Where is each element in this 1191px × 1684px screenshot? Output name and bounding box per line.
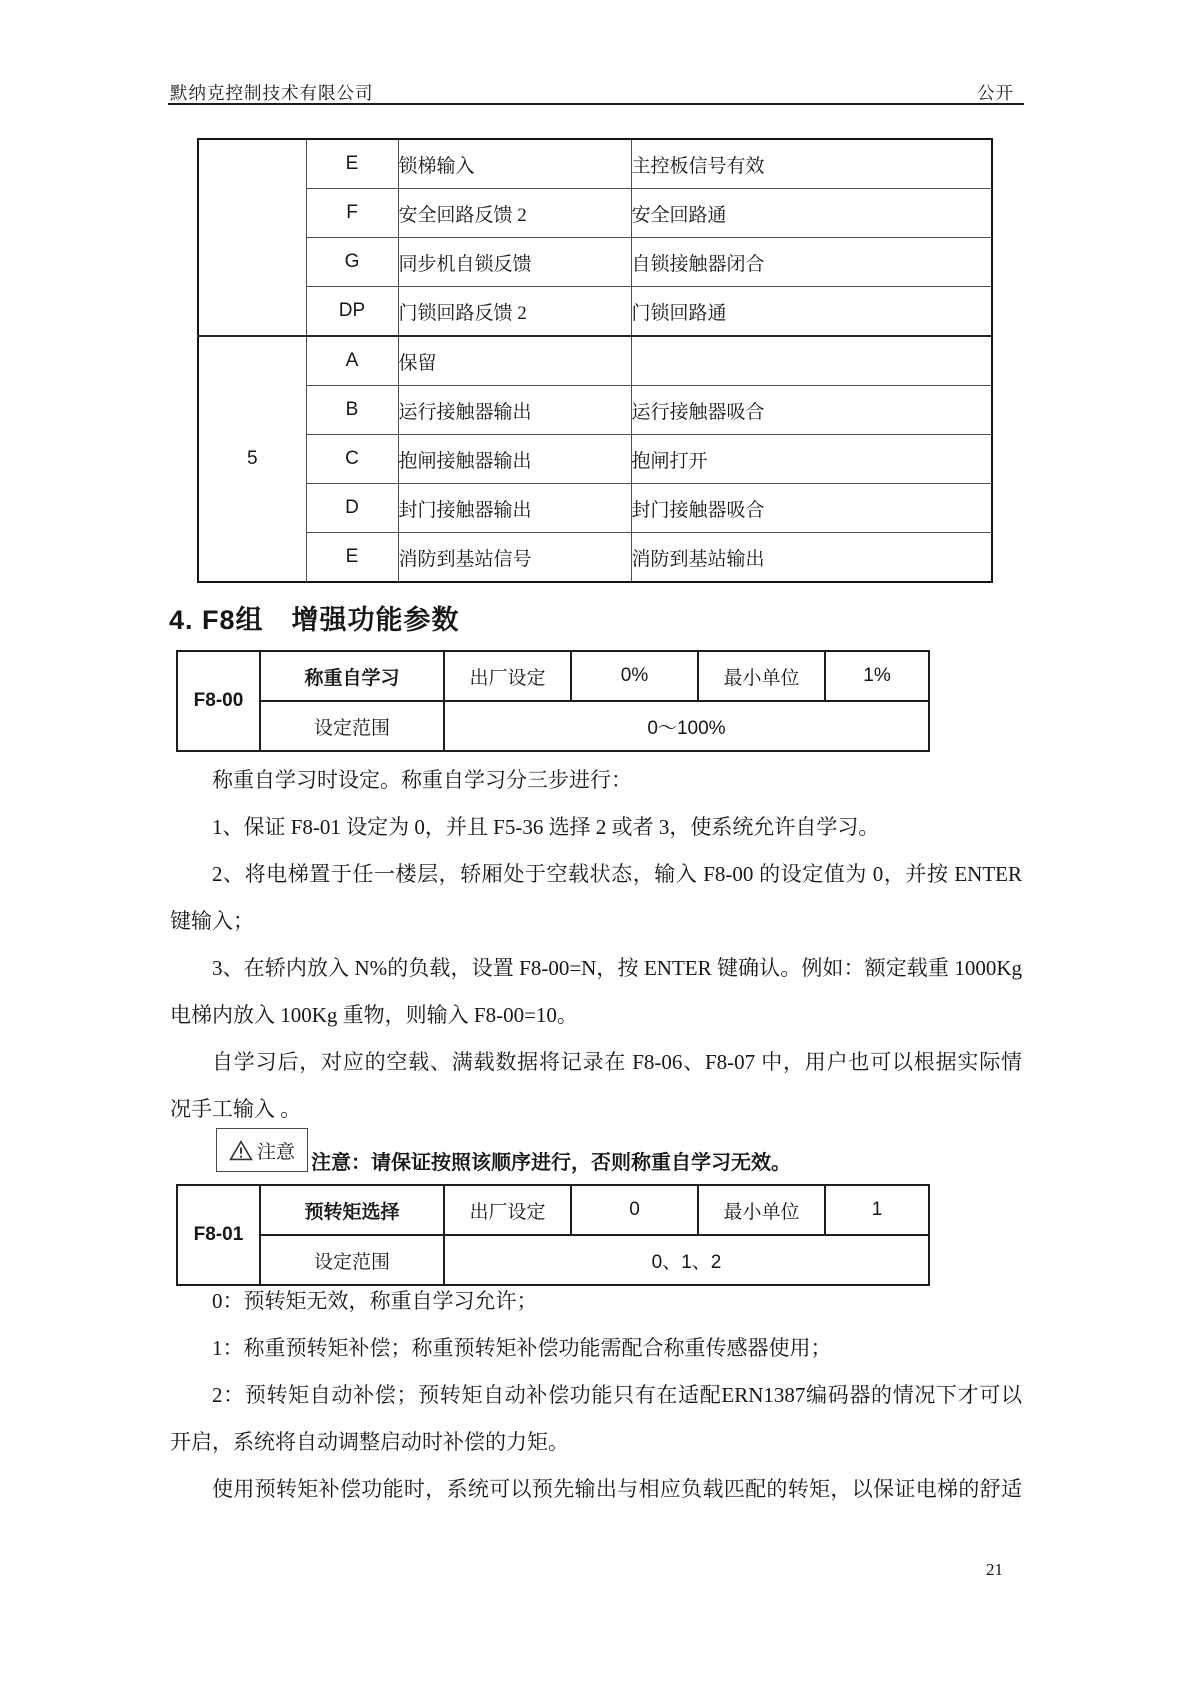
param-table-f8-00: F8-00 称重自学习 出厂设定 0% 最小单位 1% 设定范围 0～100%: [176, 650, 930, 752]
header-visibility-label: 公开: [977, 80, 1014, 105]
name-cell: 锁梯输入: [398, 139, 631, 189]
page-number: 21: [986, 1560, 1003, 1580]
body-line: 2：预转矩自动补偿；预转矩自动补偿功能只有在适配ERN1387编码器的情况下才可…: [170, 1372, 1022, 1419]
desc-cell: 安全回路通: [631, 189, 992, 238]
name-cell: 抱闸接触器输出: [398, 435, 631, 484]
table-row: F8-00 称重自学习 出厂设定 0% 最小单位 1%: [177, 651, 929, 701]
factory-label-cell: 出厂设定: [444, 651, 571, 701]
param-name-cell: 称重自学习: [260, 651, 444, 701]
code-cell: E: [306, 139, 398, 189]
table-row: C 抱闸接触器输出 抱闸打开: [198, 435, 992, 484]
code-cell: DP: [306, 287, 398, 337]
name-cell: 安全回路反馈 2: [398, 189, 631, 238]
desc-cell: 门锁回路通: [631, 287, 992, 337]
code-cell: E: [306, 533, 398, 583]
table-row: 5 A 保留: [198, 336, 992, 386]
name-cell: 门锁回路反馈 2: [398, 287, 631, 337]
body-line: 自学习后，对应的空载、满载数据将记录在 F8-06、F8-07 中，用户也可以根…: [170, 1039, 1022, 1086]
table-row: DP 门锁回路反馈 2 门锁回路通: [198, 287, 992, 337]
f8-01-description: 0：预转矩无效，称重自学习允许； 1：称重预转矩补偿；称重预转矩补偿功能需配合称…: [170, 1278, 1022, 1513]
name-cell: 封门接触器输出: [398, 484, 631, 533]
desc-cell: 运行接触器吸合: [631, 386, 992, 435]
document-page: 默纳克控制技术有限公司 公开 E 锁梯输入 主控板信号有效 F 安全回路反馈 2…: [0, 0, 1191, 1684]
code-cell: D: [306, 484, 398, 533]
desc-cell: 主控板信号有效: [631, 139, 992, 189]
table-row: B 运行接触器输出 运行接触器吸合: [198, 386, 992, 435]
range-label-cell: 设定范围: [260, 701, 444, 751]
code-cell: C: [306, 435, 398, 484]
unit-value-cell: 1: [825, 1185, 929, 1235]
desc-cell: 消防到基站输出: [631, 533, 992, 583]
table-row: D 封门接触器输出 封门接触器吸合: [198, 484, 992, 533]
unit-label-cell: 最小单位: [698, 651, 825, 701]
body-line: 开启，系统将自动调整启动时补偿的力矩。: [170, 1419, 1022, 1466]
header-rule: [168, 103, 1024, 105]
name-cell: 同步机自锁反馈: [398, 238, 631, 287]
notice-box-label: 注意: [257, 1137, 295, 1164]
factory-label-cell: 出厂设定: [444, 1185, 571, 1235]
param-code-cell: F8-00: [177, 651, 260, 751]
code-cell: A: [306, 336, 398, 386]
table-row: E 消防到基站信号 消防到基站输出: [198, 533, 992, 583]
code-cell: F: [306, 189, 398, 238]
param-table-f8-01: F8-01 预转矩选择 出厂设定 0 最小单位 1 设定范围 0、1、2: [176, 1184, 930, 1286]
section-heading: 4. F8组 增强功能参数: [169, 598, 460, 637]
desc-cell: 抱闸打开: [631, 435, 992, 484]
param-name-cell: 预转矩选择: [260, 1185, 444, 1235]
desc-cell: 自锁接触器闭合: [631, 238, 992, 287]
unit-value-cell: 1%: [825, 651, 929, 701]
name-cell: 消防到基站信号: [398, 533, 631, 583]
f8-00-description: 称重自学习时设定。称重自学习分三步进行： 1、保证 F8-01 设定为 0，并且…: [170, 757, 1022, 1133]
factory-value-cell: 0: [571, 1185, 698, 1235]
code-cell: B: [306, 386, 398, 435]
body-line: 2、将电梯置于任一楼层，轿厢处于空载状态，输入 F8-00 的设定值为 0，并按…: [170, 851, 1022, 898]
header-company: 默纳克控制技术有限公司: [170, 80, 374, 105]
body-line: 称重自学习时设定。称重自学习分三步进行：: [170, 757, 1022, 804]
factory-value-cell: 0%: [571, 651, 698, 701]
name-cell: 保留: [398, 336, 631, 386]
param-code-cell: F8-01: [177, 1185, 260, 1285]
table-row: E 锁梯输入 主控板信号有效: [198, 139, 992, 189]
body-line: 1、保证 F8-01 设定为 0，并且 F5-36 选择 2 或者 3，使系统允…: [170, 804, 1022, 851]
body-line: 1：称重预转矩补偿；称重预转矩补偿功能需配合称重传感器使用；: [170, 1325, 1022, 1372]
desc-cell: [631, 336, 992, 386]
body-line: 电梯内放入 100Kg 重物，则输入 F8-00=10。: [170, 992, 1022, 1039]
body-line: 况手工输入 。: [170, 1086, 1022, 1133]
body-line: 使用预转矩补偿功能时，系统可以预先输出与相应负载匹配的转矩，以保证电梯的舒适: [170, 1466, 1022, 1513]
table-row: G 同步机自锁反馈 自锁接触器闭合: [198, 238, 992, 287]
signal-table: E 锁梯输入 主控板信号有效 F 安全回路反馈 2 安全回路通 G 同步机自锁反…: [197, 138, 993, 583]
body-line: 键输入；: [170, 898, 1022, 945]
body-line: 0：预转矩无效，称重自学习允许；: [170, 1278, 1022, 1325]
code-cell: G: [306, 238, 398, 287]
notice-text: 注意：请保证按照该顺序进行，否则称重自学习无效。: [311, 1146, 791, 1175]
body-line: 3、在轿内放入 N%的负载，设置 F8-00=N，按 ENTER 键确认。例如：…: [170, 945, 1022, 992]
range-value-cell: 0～100%: [444, 701, 929, 751]
group-number-cell: 5: [198, 336, 306, 582]
table-row: F 安全回路反馈 2 安全回路通: [198, 189, 992, 238]
unit-label-cell: 最小单位: [698, 1185, 825, 1235]
table-row: 设定范围 0～100%: [177, 701, 929, 751]
group-number-cell: [198, 139, 306, 336]
name-cell: 运行接触器输出: [398, 386, 631, 435]
desc-cell: 封门接触器吸合: [631, 484, 992, 533]
warning-icon: [229, 1140, 253, 1161]
table-row: F8-01 预转矩选择 出厂设定 0 最小单位 1: [177, 1185, 929, 1235]
notice-box: 注意: [216, 1128, 308, 1172]
